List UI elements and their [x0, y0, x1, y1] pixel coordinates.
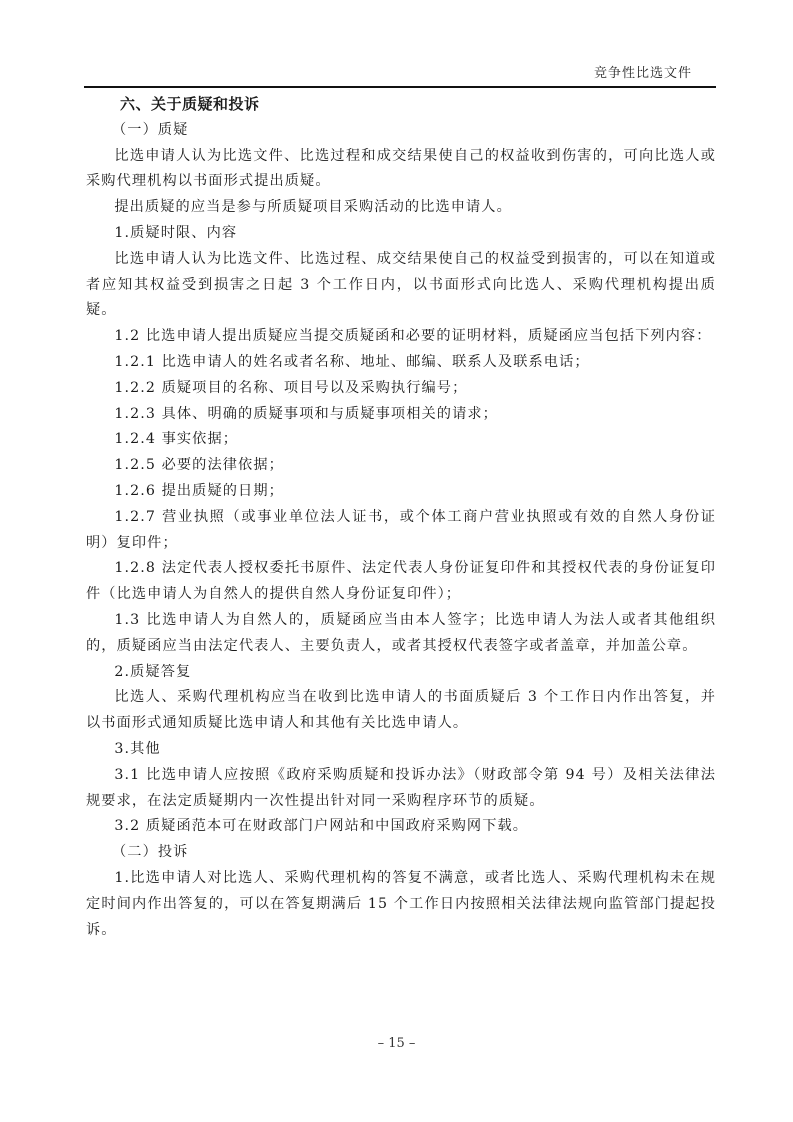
- clause-title: 3.其他: [86, 737, 716, 763]
- page-content: 六、关于质疑和投诉 （一）质疑 比选申请人认为比选文件、比选过程和成交结果使自己…: [86, 92, 716, 943]
- list-item: 1.2.6 提出质疑的日期；: [86, 479, 716, 505]
- clause-title: 1.质疑时限、内容: [86, 221, 716, 247]
- list-item: 1.2.2 质疑项目的名称、项目号以及采购执行编号；: [86, 376, 716, 402]
- paragraph: 比选人、采购代理机构应当在收到比选申请人的书面质疑后 3 个工作日内作出答复，并…: [86, 685, 716, 737]
- clause-1-3: 1.3 比选申请人为自然人的，质疑函应当由本人签字；比选申请人为法人或者其他组织…: [86, 608, 716, 660]
- page-header: 竞争性比选文件: [84, 60, 716, 88]
- clause-1-2: 1.2 比选申请人提出质疑应当提交质疑函和必要的证明材料，质疑函应当包括下列内容…: [86, 324, 716, 350]
- list-item: 1.2.8 法定代表人授权委托书原件、法定代表人身份证复印件和其授权代表的身份证…: [86, 556, 716, 608]
- paragraph: 1.比选申请人对比选人、采购代理机构的答复不满意，或者比选人、采购代理机构未在规…: [86, 866, 716, 943]
- clause-3-2: 3.2 质疑函范本可在财政部门户网站和中国政府采购网下载。: [86, 814, 716, 840]
- page-number: – 15 –: [0, 1036, 793, 1051]
- paragraph: 比选申请人认为比选文件、比选过程、成交结果使自己的权益受到损害的，可以在知道或者…: [86, 247, 716, 324]
- clause-title: 2.质疑答复: [86, 660, 716, 686]
- list-item: 1.2.5 必要的法律依据；: [86, 453, 716, 479]
- document-title: 竞争性比选文件: [594, 62, 692, 81]
- section-heading: 六、关于质疑和投诉: [86, 92, 716, 118]
- subsection-title-complaint: （二）投诉: [86, 840, 716, 866]
- list-item: 1.2.1 比选申请人的姓名或者名称、地址、邮编、联系人及联系电话；: [86, 350, 716, 376]
- paragraph: 比选申请人认为比选文件、比选过程和成交结果使自己的权益收到伤害的，可向比选人或采…: [86, 144, 716, 196]
- list-item: 1.2.4 事实依据；: [86, 427, 716, 453]
- list-item: 1.2.7 营业执照（或事业单位法人证书，或个体工商户营业执照或有效的自然人身份…: [86, 505, 716, 557]
- paragraph: 提出质疑的应当是参与所质疑项目采购活动的比选申请人。: [86, 195, 716, 221]
- list-item: 1.2.3 具体、明确的质疑事项和与质疑事项相关的请求；: [86, 402, 716, 428]
- clause-3-1: 3.1 比选申请人应按照《政府采购质疑和投诉办法》（财政部令第 94 号）及相关…: [86, 763, 716, 815]
- subsection-title-inquiry: （一）质疑: [86, 118, 716, 144]
